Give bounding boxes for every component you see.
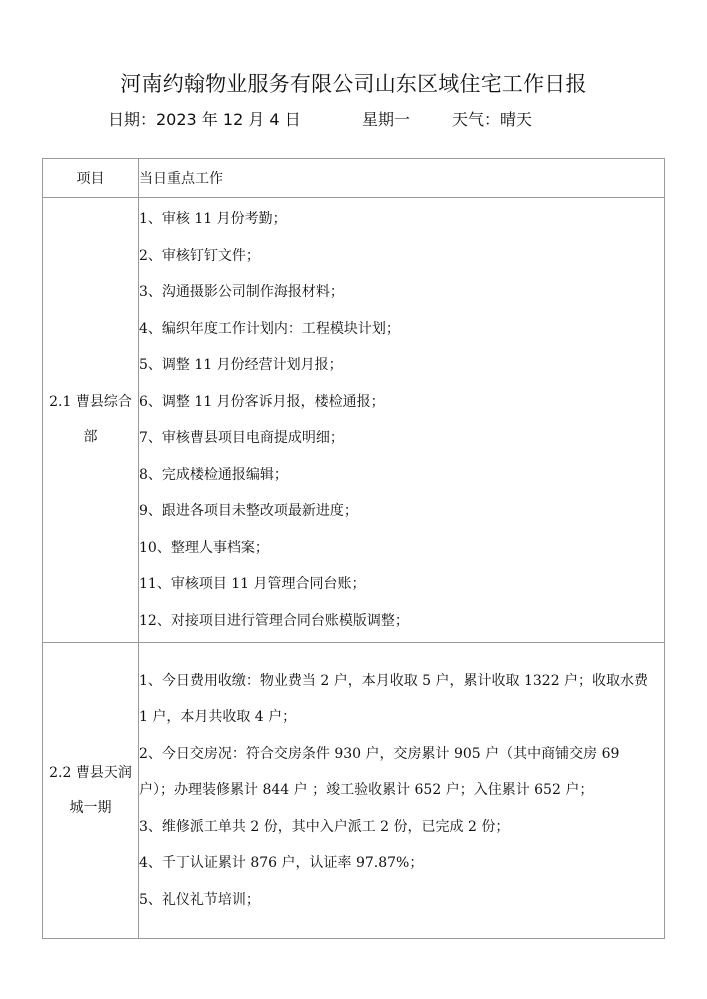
work-item: 9、跟进各项目未整改项最新进度； (139, 493, 664, 530)
table-row: 2.2 曹县天润城一期 1、今日费用收缴：物业费当 2 户，本月收取 5 户，累… (43, 643, 665, 939)
work-item: 3、维修派工单共 2 份，其中入户派工 2 份，已完成 2 份； (139, 809, 664, 846)
work-item: 2、审核钉钉文件； (139, 238, 664, 275)
table-row: 2.1 曹县综合部 1、审核 11 月份考勤； 2、审核钉钉文件； 3、沟通摄影… (43, 198, 665, 643)
work-item: 4、千丁认证累计 876 户，认证率 97.87%； (139, 845, 664, 882)
work-item: 7、审核曹县项目电商提成明细； (139, 420, 664, 457)
work-item: 3、沟通摄影公司制作海报材料； (139, 274, 664, 311)
report-date: 日期：2023 年 12 月 4 日 (108, 108, 301, 132)
project-cell: 2.1 曹县综合部 (43, 198, 139, 643)
work-item: 6、调整 11 月份客诉月报，楼检通报； (139, 384, 664, 421)
header-key-work: 当日重点工作 (139, 159, 665, 198)
work-item: 1、今日费用收缴：物业费当 2 户，本月收取 5 户，累计收取 1322 户；收… (139, 663, 664, 736)
work-item: 10、整理人事档案； (139, 530, 664, 567)
work-item: 8、完成楼检通报编辑； (139, 457, 664, 494)
daily-work-table: 项目 当日重点工作 2.1 曹县综合部 1、审核 11 月份考勤； 2、审核钉钉… (42, 158, 665, 939)
work-item: 11、审核项目 11 月管理合同台账； (139, 566, 664, 603)
project-cell: 2.2 曹县天润城一期 (43, 643, 139, 939)
work-cell: 1、审核 11 月份考勤； 2、审核钉钉文件； 3、沟通摄影公司制作海报材料； … (139, 198, 665, 643)
header-project: 项目 (43, 159, 139, 198)
report-weekday: 星期一 (362, 108, 410, 132)
work-item: 12、对接项目进行管理合同台账模版调整； (139, 603, 664, 640)
work-cell: 1、今日费用收缴：物业费当 2 户，本月收取 5 户，累计收取 1322 户；收… (139, 643, 665, 939)
work-item: 5、调整 11 月份经营计划月报； (139, 347, 664, 384)
work-item: 5、礼仪礼节培训； (139, 882, 664, 919)
work-item: 2、今日交房况：符合交房条件 930 户，交房累计 905 户（其中商铺交房 6… (139, 736, 664, 809)
table-header-row: 项目 当日重点工作 (43, 159, 665, 198)
report-title: 河南约翰物业服务有限公司山东区域住宅工作日报 (0, 70, 707, 98)
work-item: 4、编织年度工作计划内：工程模块计划； (139, 311, 664, 348)
report-weather: 天气：晴天 (452, 108, 532, 132)
work-item: 1、审核 11 月份考勤； (139, 201, 664, 238)
